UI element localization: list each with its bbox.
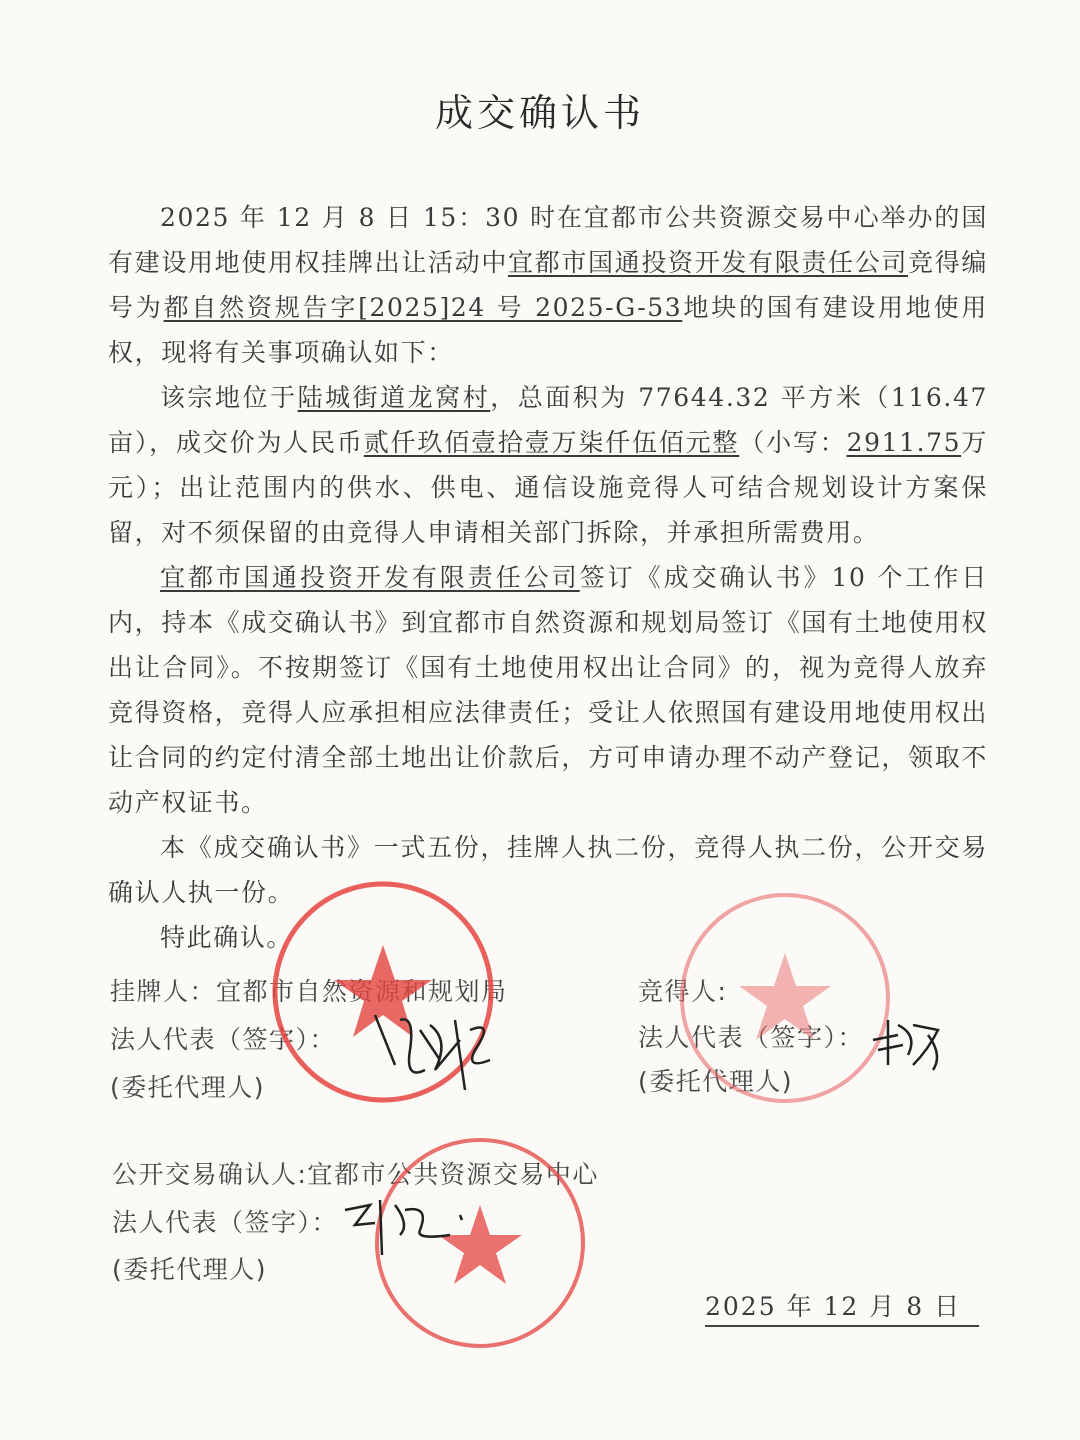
confirmer-agent-label: (委托代理人) bbox=[112, 1250, 267, 1286]
winner-name: 宜都市国通投资开发有限责任公司 bbox=[508, 248, 908, 277]
lister-agent-label: (委托代理人) bbox=[110, 1068, 265, 1104]
bidder-rep-label: 法人代表（签字）： bbox=[638, 1018, 864, 1054]
bidder-signature-icon bbox=[868, 1015, 948, 1075]
document-title: 成交确认书 bbox=[0, 82, 1080, 137]
lister-rep-label: 法人代表（签字）： bbox=[110, 1020, 336, 1056]
price-lower: 2911.75 bbox=[847, 428, 962, 457]
paragraph-5: 特此确认。 bbox=[108, 915, 988, 960]
paragraph-2: 该宗地位于陆城街道龙窝村，总面积为 77644.32 平方米（116.47 亩）… bbox=[108, 375, 988, 555]
paragraph-1: 2025 年 12 月 8 日 15：30 时在宜都市公共资源交易中心举办的国有… bbox=[108, 195, 988, 375]
confirmer-signature-icon bbox=[340, 1195, 490, 1265]
paragraph-3: 宜都市国通投资开发有限责任公司签订《成交确认书》10 个工作日内，持本《成交确认… bbox=[108, 555, 988, 825]
lister-signature-icon bbox=[370, 1010, 500, 1100]
confirmer-rep-label: 法人代表（签字）： bbox=[112, 1203, 338, 1239]
text: 该宗地位于 bbox=[160, 383, 298, 412]
winner-name: 宜都市国通投资开发有限责任公司 bbox=[160, 563, 580, 592]
document-body: 2025 年 12 月 8 日 15：30 时在宜都市公共资源交易中心举办的国有… bbox=[108, 195, 988, 960]
text: 签订《成交确认书》10 个工作日内，持本《成交确认书》到宜都市自然资源和规划局签… bbox=[108, 563, 988, 817]
confirmer-label: 公开交易确认人:宜都市公共资源交易中心 bbox=[112, 1155, 599, 1191]
paragraph-4: 本《成交确认书》一式五份，挂牌人执二份，竞得人执二份，公开交易确认人执一份。 bbox=[108, 825, 988, 915]
text: （小写： bbox=[739, 428, 846, 457]
parcel-location: 陆城街道龙窝村 bbox=[298, 383, 491, 412]
lister-label: 挂牌人：宜都市自然资源和规划局 bbox=[110, 972, 508, 1008]
parcel-id: 都自然资规告字[2025]24 号 2025-G-53 bbox=[164, 293, 683, 322]
signing-date: 2025 年 12 月 8 日 bbox=[705, 1287, 979, 1327]
bidder-agent-label: (委托代理人) bbox=[638, 1062, 793, 1098]
bidder-label: 竞得人: bbox=[638, 972, 727, 1008]
price-upper: 贰仟玖佰壹拾壹万柒仟伍佰元整 bbox=[364, 428, 740, 457]
